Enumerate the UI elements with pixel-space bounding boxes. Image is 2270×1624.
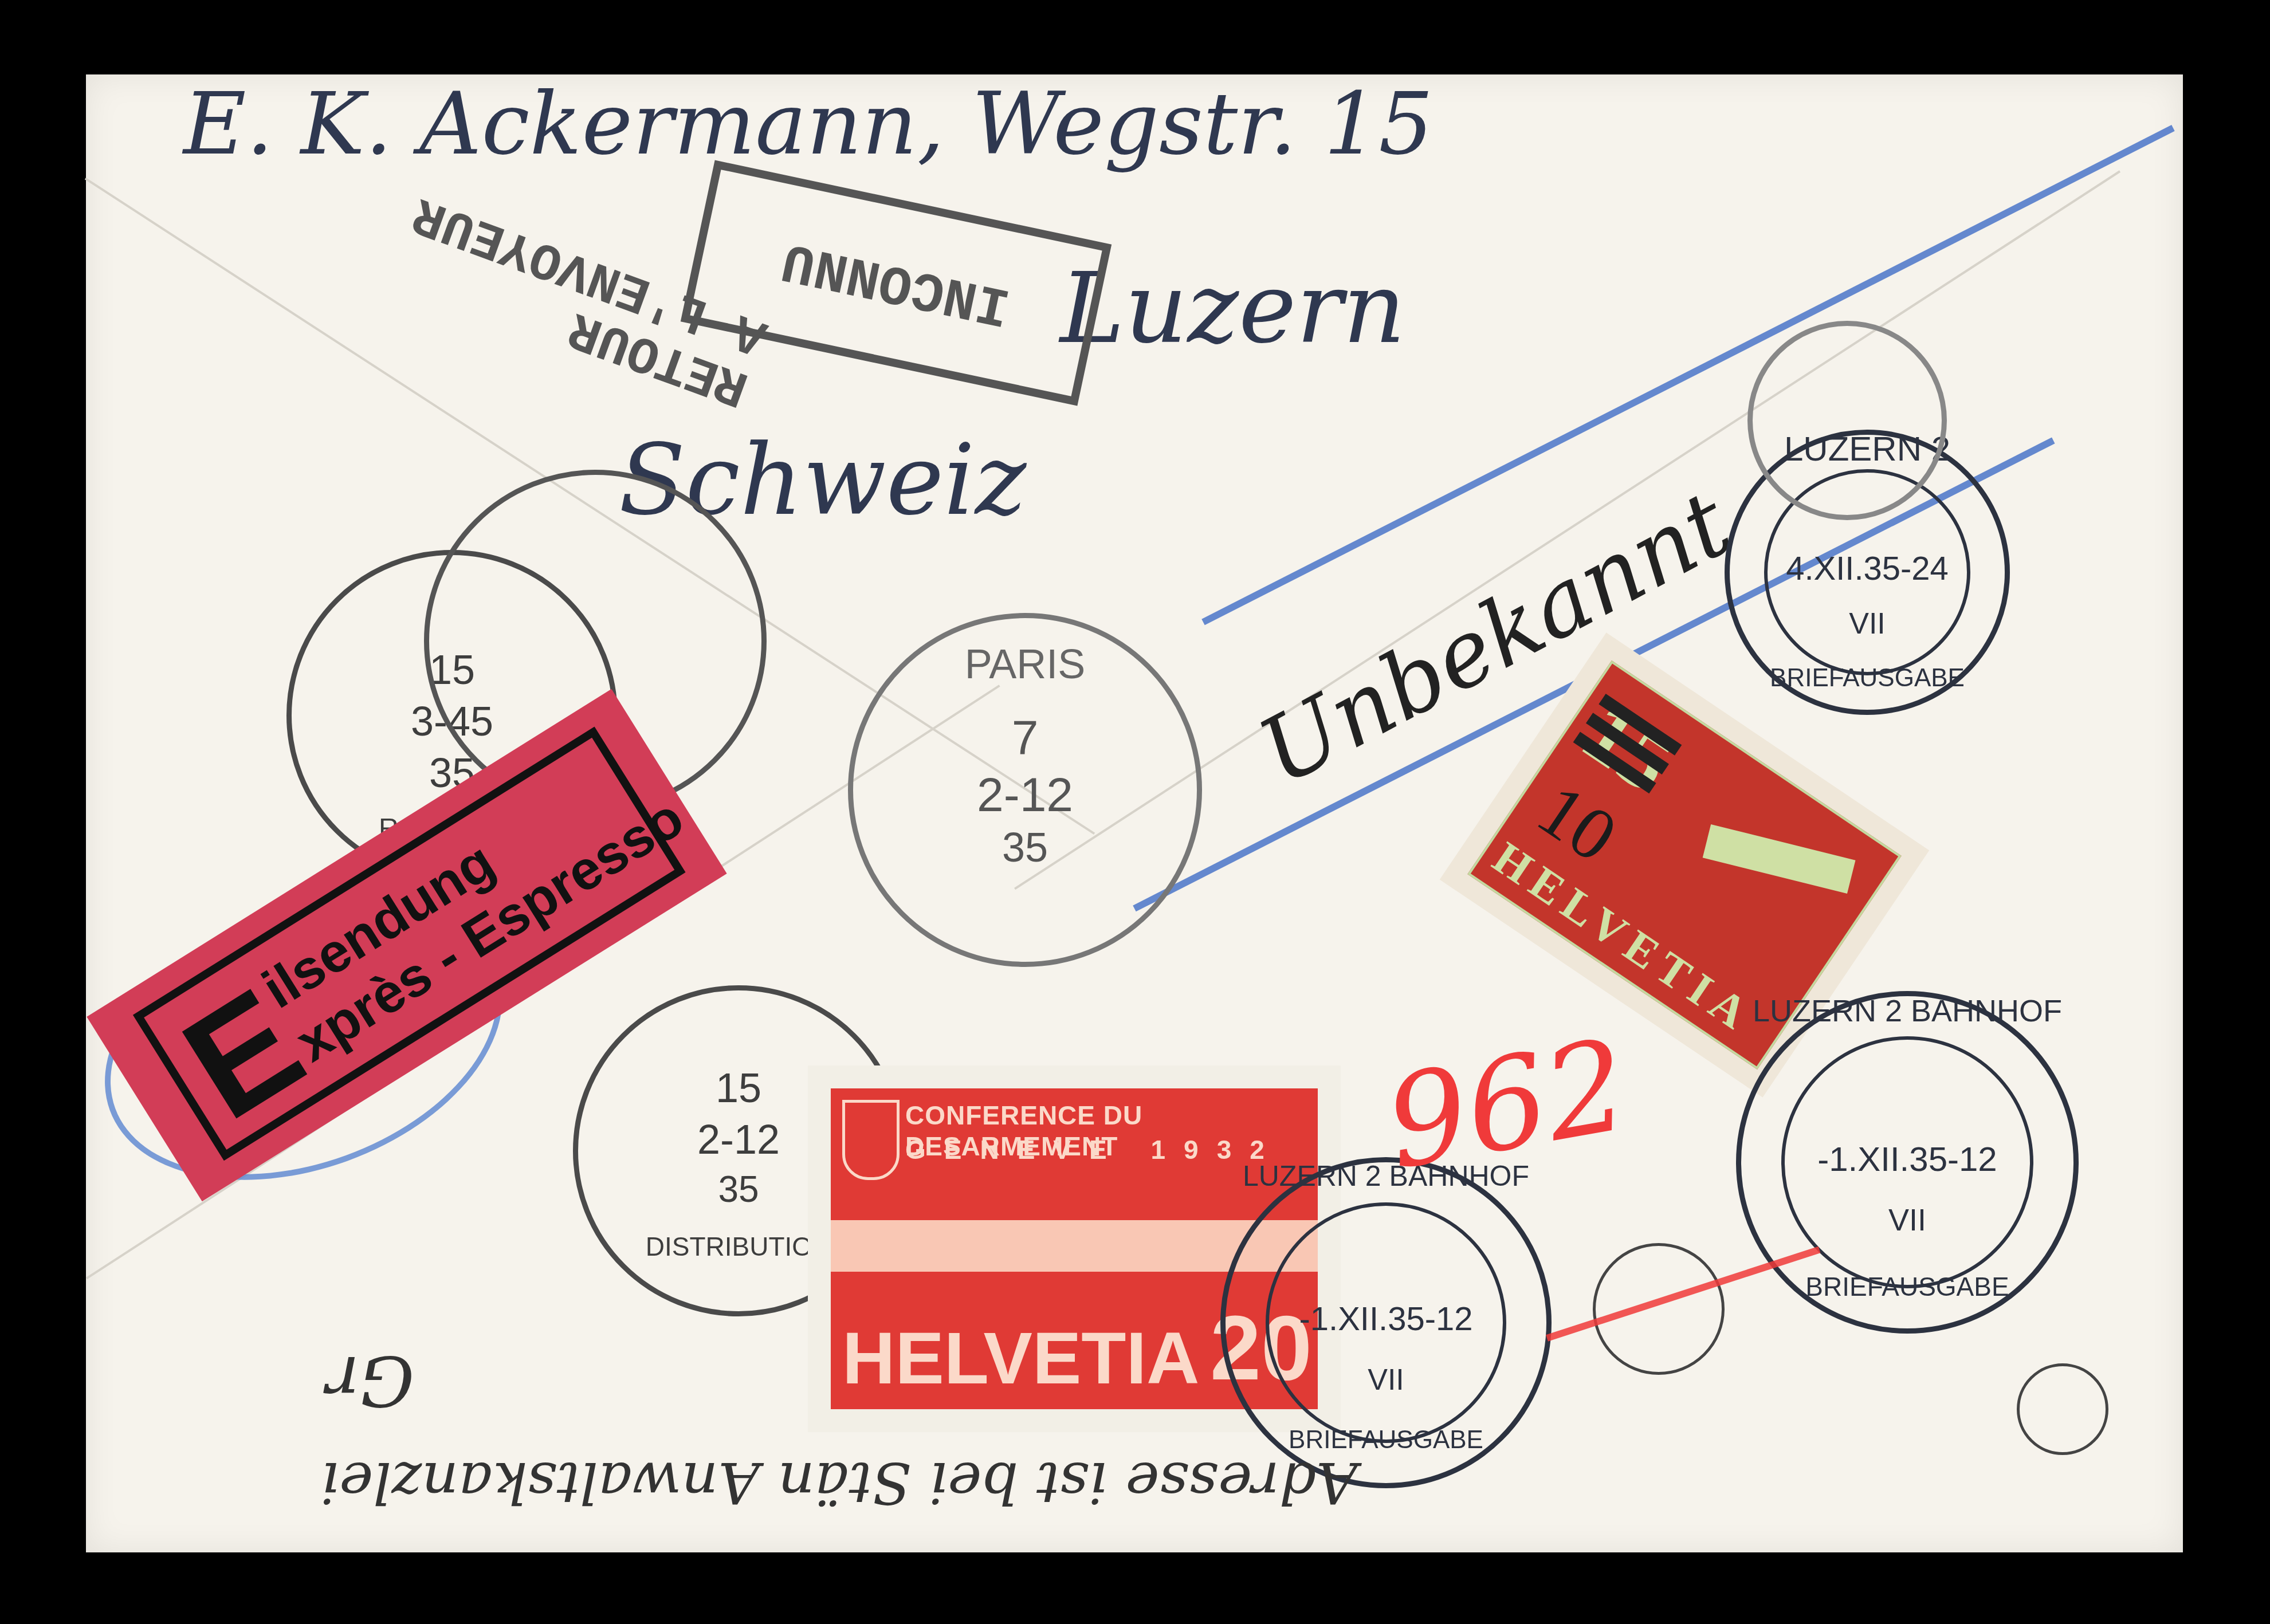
small-circle-mark [2017, 1363, 2108, 1455]
airplane-icon [1703, 824, 1856, 894]
address-line-2: Luzern [1060, 252, 1405, 365]
geneva-arms-icon [842, 1100, 900, 1180]
small-circle-mark [1593, 1243, 1725, 1375]
postmark-luzern-bahnhof-center: LUZERN 2 BAHNHOF -1.XII.35-12 VII BRIEFA… [1220, 1157, 1552, 1488]
bottom-pencil-note: Adresse ist bei Stän Anwaltskanzlei [321, 1449, 1357, 1516]
postmark-dist-ghost [1747, 321, 1947, 520]
address-line-1: E. K. Ackermann, Wegstr. 15 [183, 74, 1434, 174]
pencil-initials: Gr [327, 1340, 414, 1420]
postmark-luzern-bahnhof-right: LUZERN 2 BAHNHOF -1.XII.35-12 VII BRIEFA… [1736, 991, 2079, 1334]
postmark-paris: PARIS 7 2-12 35 [848, 613, 1202, 967]
